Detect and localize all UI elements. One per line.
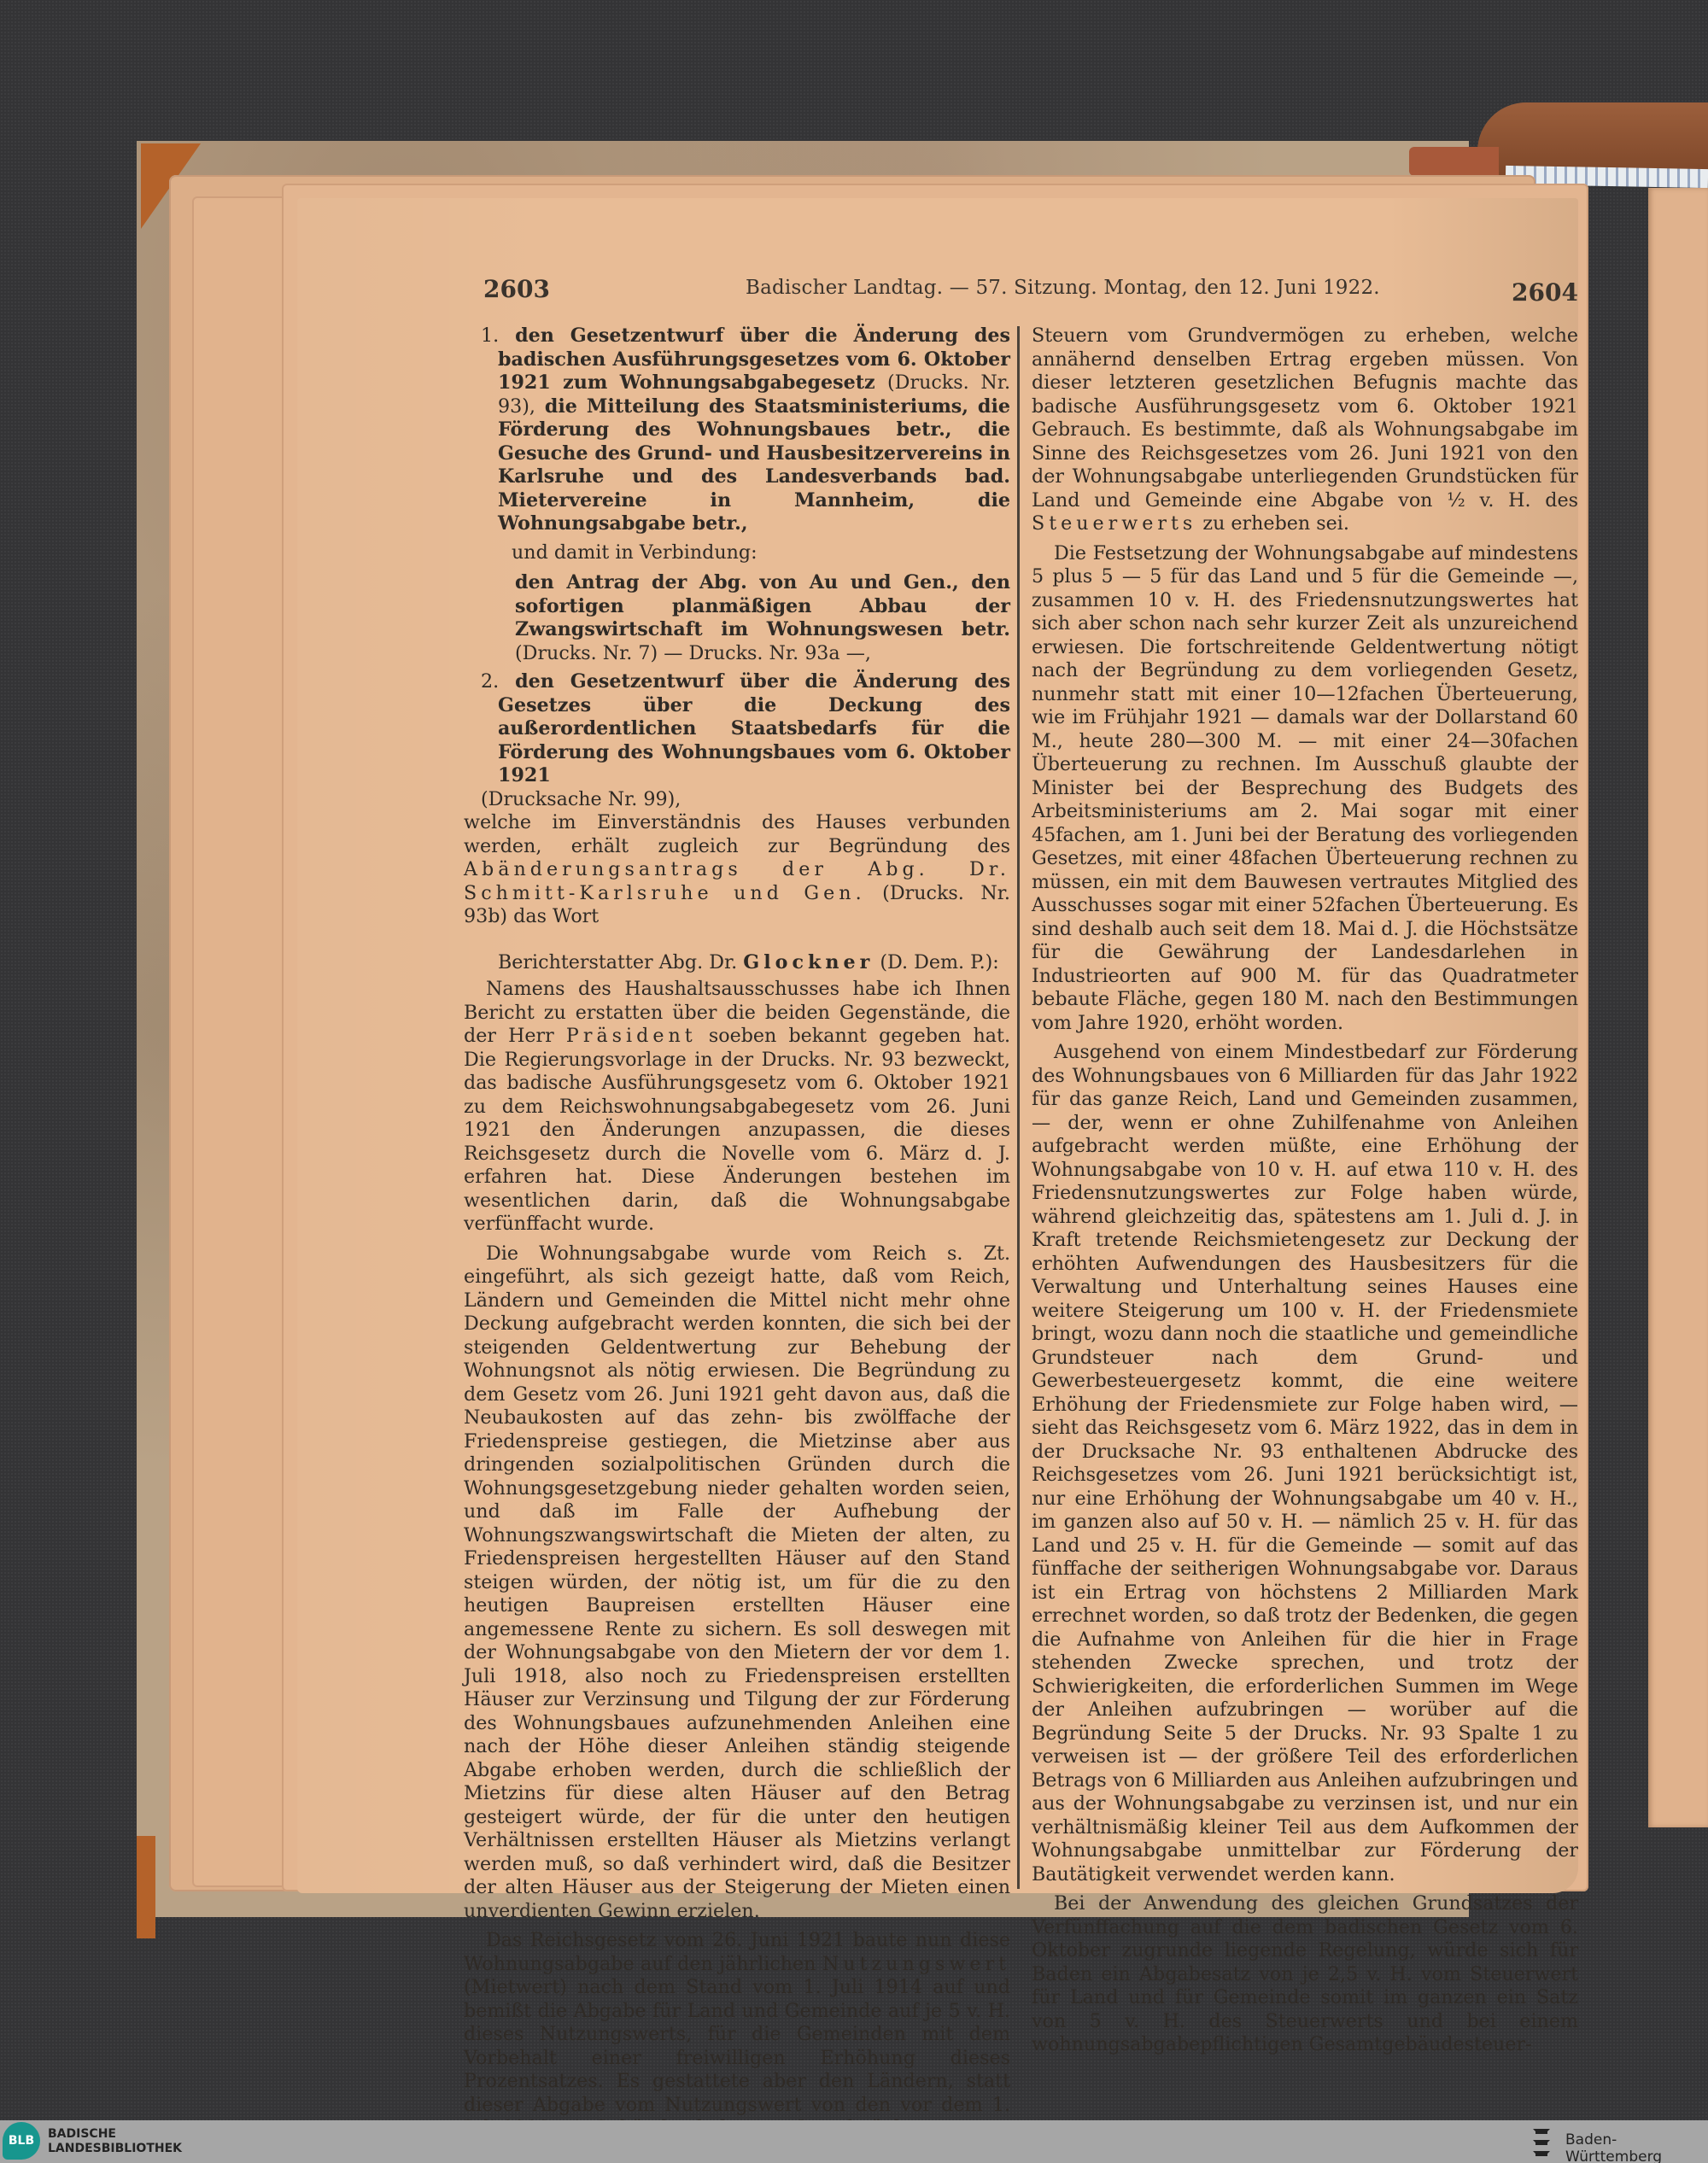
spaced-emphasis: Steuerwerts	[1032, 512, 1196, 535]
paragraph: Die Wohnungsabgabe wurde vom Reich s. Zt…	[464, 1242, 1010, 1924]
paragraph: Namens des Haushaltsausschusses habe ich…	[464, 978, 1010, 1236]
spaced-emphasis: Nutzungswert	[822, 1953, 1010, 1975]
speaker-party: (D. Dem. P.):	[880, 951, 998, 973]
spaced-emphasis: Präsident	[566, 1025, 697, 1047]
paragraph: Das Reichsgesetz vom 26. Juni 1921 baute…	[464, 1929, 1010, 2141]
right-column: Steuern vom Grundvermögen zu erheben, we…	[1032, 324, 1578, 2057]
column-divider	[1017, 326, 1020, 1889]
continuation-text: welche im Einverständnis des Hauses verb…	[464, 811, 1010, 857]
paragraph: Bei der Anwendung des gleichen Grundsatz…	[1032, 1892, 1578, 2057]
blb-logo-icon: BLB	[3, 2122, 40, 2160]
library-name-line1: BADISCHE	[48, 2127, 182, 2142]
footer-bar: BLB BADISCHE LANDESBIBLIOTHEK Baden-Würt…	[0, 2120, 1708, 2163]
facing-page-edge	[1648, 188, 1708, 1827]
item-text: den Gesetzentwurf über die Änderung des …	[498, 670, 1010, 786]
continuation-paragraph: welche im Einverständnis des Hauses verb…	[464, 811, 1010, 929]
paragraph: Die Festsetzung der Wohnungsabgabe auf m…	[1032, 542, 1578, 1036]
three-lions-crest-icon	[1530, 2125, 1554, 2159]
book-strap	[1409, 147, 1499, 176]
item-reference: (Drucksache Nr. 99),	[498, 788, 1010, 812]
paragraph-text: soeben bekannt gegeben hat. Die Regierun…	[464, 1025, 1010, 1235]
running-title: Badischer Landtag. — 57. Sitzung. Montag…	[746, 277, 1380, 299]
left-column: 1. den Gesetzentwurf über die Änderung d…	[464, 324, 1010, 2141]
paragraph: Steuern vom Grundvermögen zu erheben, we…	[1032, 324, 1578, 536]
agenda-subitem: den Antrag der Abg. von Au und Gen., den…	[464, 571, 1010, 665]
speaker-name: Glockner	[743, 951, 874, 973]
library-name: BADISCHE LANDESBIBLIOTHEK	[48, 2127, 182, 2156]
paragraph-text: zu erheben sei.	[1202, 512, 1349, 535]
page-number-left: 2603	[483, 275, 550, 303]
item-number: 2.	[481, 670, 499, 693]
agenda-item-1: 1. den Gesetzentwurf über die Änderung d…	[464, 324, 1010, 536]
speaker-line: Berichterstatter Abg. Dr. Glockner (D. D…	[464, 951, 1010, 975]
cover-corner-leather-bottom	[137, 1836, 155, 1938]
library-name-line2: LANDESBIBLIOTHEK	[48, 2142, 182, 2156]
agenda-item-2: 2. den Gesetzentwurf über die Änderung d…	[464, 670, 1010, 811]
state-name: Baden-Württemberg	[1565, 2131, 1708, 2163]
paragraph-text: Steuern vom Grundvermögen zu erheben, we…	[1032, 324, 1578, 512]
subitem-reference: (Drucks. Nr. 7) — Drucks. Nr. 93a —,	[515, 642, 871, 664]
page-header: 2603 Badischer Landtag. — 57. Sitzung. M…	[297, 275, 1578, 309]
paragraph: Ausgehend von einem Mindestbedarf zur Fö…	[1032, 1041, 1578, 1886]
item-number: 1.	[481, 324, 499, 347]
connector-text: und damit in Verbindung:	[464, 541, 1010, 565]
item-text-continued: die Mitteilung des Staatsministeriums, d…	[498, 395, 1010, 535]
document-page: 2603 Badischer Landtag. — 57. Sitzung. M…	[297, 198, 1578, 1893]
speaker-role: Berichterstatter Abg. Dr.	[498, 951, 737, 973]
subitem-text: den Antrag der Abg. von Au und Gen., den…	[515, 571, 1010, 640]
paragraph-text: (Mietwert) nach dem Stand vom 1. Juli 19…	[464, 1976, 1010, 2139]
page-number-right: 2604	[1512, 278, 1578, 307]
